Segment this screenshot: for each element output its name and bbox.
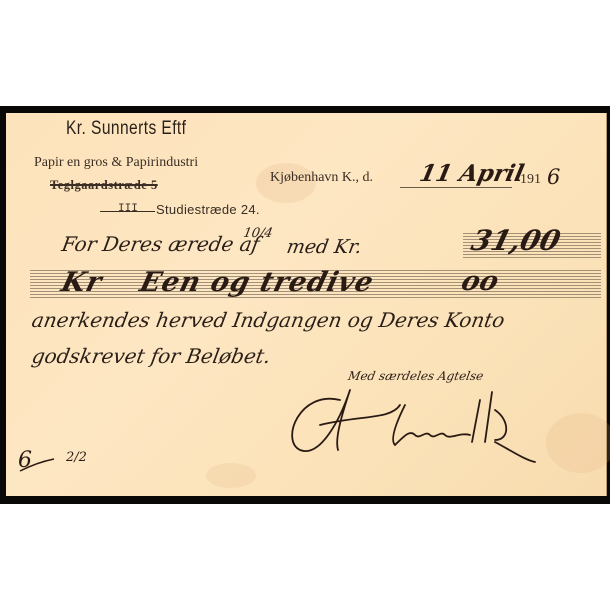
new-address: Studiestræde 24. xyxy=(156,202,260,217)
amount-in-words: Kr Een og tredive xyxy=(58,267,377,298)
year-printed: 191 xyxy=(520,172,541,188)
handwritten-date: 11 April xyxy=(417,160,526,187)
company-tagline: Papir en gros & Papirindustri xyxy=(34,155,198,171)
body-line-4: godskrevet for Beløbet. xyxy=(30,344,273,368)
amount-words-text: Een og tredive xyxy=(137,267,378,298)
signature-flourish-icon xyxy=(280,380,540,470)
address-mark: III xyxy=(118,203,138,215)
body-line-1: For Deres ærede af xyxy=(60,232,261,256)
city-prefix: Kjøbenhavn K., d. xyxy=(270,170,373,186)
reference-fraction: 10/4 xyxy=(242,226,274,241)
company-name: Kr. Sunnerts Eftf xyxy=(66,118,186,140)
body-line-3: anerkendes herved Indgangen og Deres Kon… xyxy=(30,308,507,332)
amount-value: 31,00 xyxy=(468,224,564,257)
perforated-edge xyxy=(6,108,606,115)
old-address-struck: Teglgaardstræde 5 xyxy=(50,178,158,193)
margin-note-fraction: 2/2 xyxy=(66,450,87,465)
year-handwritten: 6 xyxy=(547,165,560,189)
amount-words-prefix: Kr xyxy=(58,267,105,298)
margin-note-stroke-icon xyxy=(18,455,58,473)
body-line-1-suffix: med Kr. xyxy=(285,236,364,258)
date-underline xyxy=(400,187,512,188)
